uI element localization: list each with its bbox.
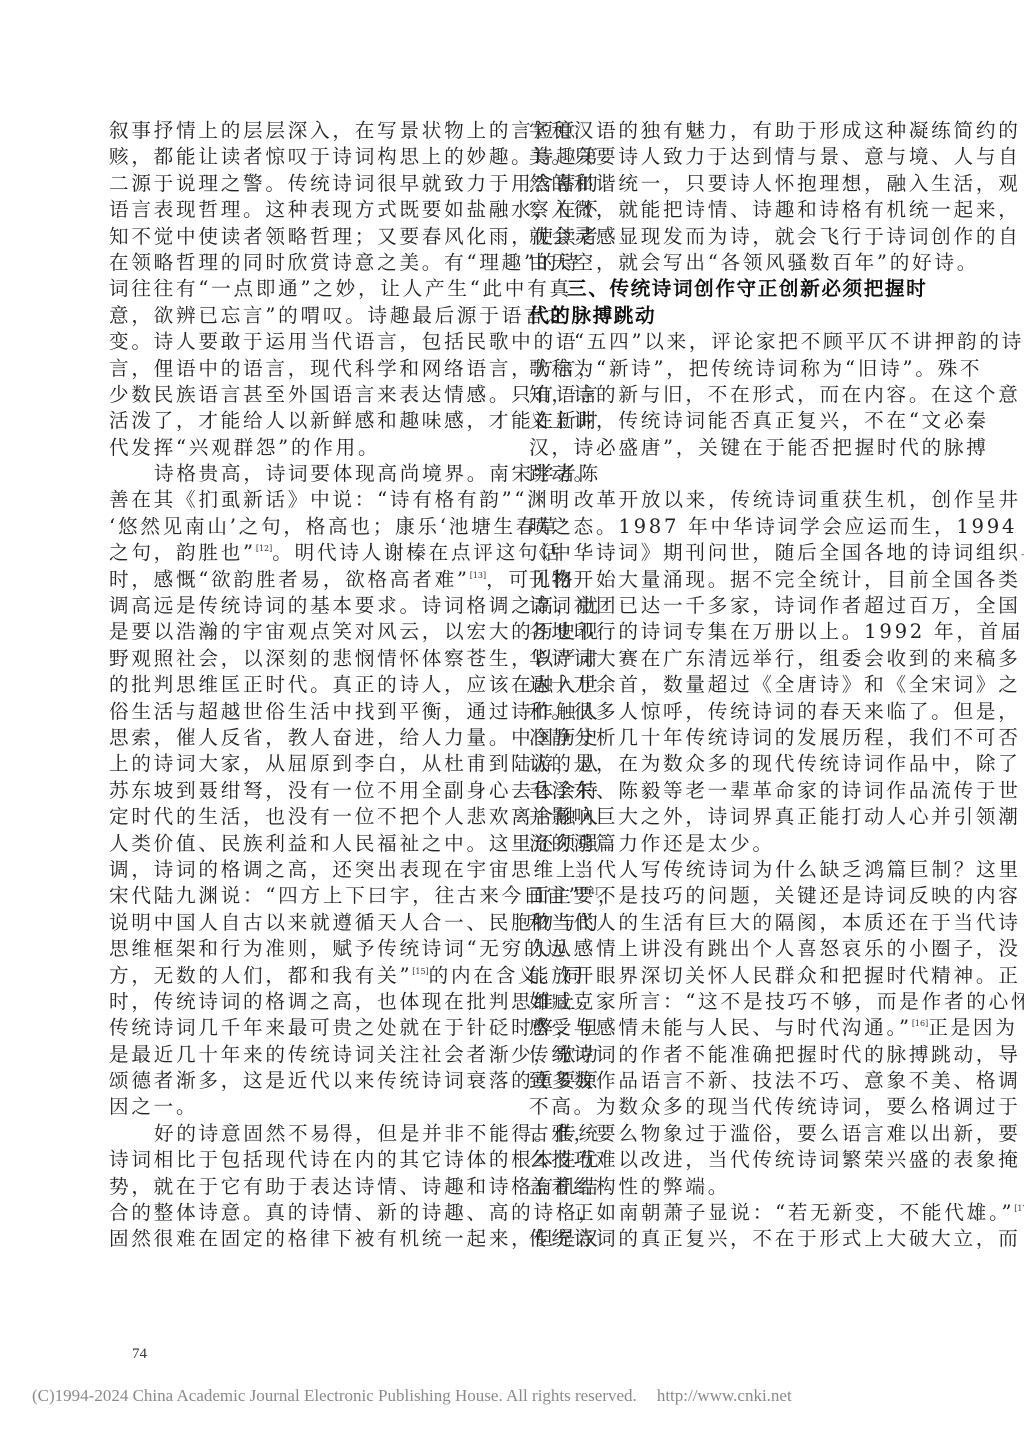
text-line: 上的诗词大家，从屈原到李白，从杜甫到陆游，从 [109,751,497,777]
paragraph-start-line: 改革开放以来，传统诗词重获生机，创作呈井 [529,487,917,513]
text-line: 是要以浩瀚的宇宙观点笑对风云，以宏大的历史视 [109,619,497,645]
text-line: 在领略哲理的同时欣赏诗意之美。有“理趣”的诗 [109,250,497,276]
paragraph-start-line: 好的诗意固然不易得，但是并非不能得。传统 [109,1121,497,1147]
text-line: 的批判思维匡正时代。真正的诗人，应该在融入世 [109,672,497,698]
text-line: 词往往有“一点即通”之妙，让人产生“此中有真 [109,276,497,302]
text-line: 传统诗词的真正复兴，不在于形式上大破大立，而 [529,1226,917,1252]
text-line: 调，诗词的格调之高，还突出表现在宇宙思维上。 [109,857,497,883]
text-line: ‘悠然见南山’之句，格高也；康乐‘池塘生春草’ [109,514,497,540]
text-line: 流的鸿篇力作还是太少。 [529,831,917,857]
citation-15[interactable]: [15] [412,967,428,976]
citation-17[interactable]: [17] [1014,1204,1024,1213]
text-line: 知不觉中使读者领略哲理；又要春风化雨，使读者 [109,224,497,250]
text-line: 字和汉语的独有魅力，有助于形成这种凝练简约的 [529,118,917,144]
text-line: 汉，诗必盛唐”，关键在于能否把握时代的脉搏 [529,435,917,461]
text-line: 不高。为数众多的现当代传统诗词，要么格调过于 [529,1094,917,1120]
text-line: 传统诗词几千年来最可贵之处就在于针砭时弊，但 [109,1015,497,1041]
text-line: 和当代人的生活有巨大的隔阂，本质还在于当代诗 [529,910,917,936]
text-line: 诗词相比于包括现代诗在内的其它诗体的根本性优 [109,1147,497,1173]
line-text: 方，无数的人们，都和我有关” [109,964,412,987]
text-line: 善在其《扪虱新话》中说：“诗有格有韵”“渊明 [109,487,497,513]
text-line: 野观照社会，以深刻的悲悯情怀体察苍生，以严肃 [109,646,497,672]
citation-13[interactable]: [13] [470,571,486,580]
text-line: 势，就在于它有助于表达诗情、诗趣和诗格有机结 [109,1174,497,1200]
section-heading: 三、传统诗词创作守正创新必须把握时 [529,276,917,302]
text-line-with-citation: 时，感慨“欲韵胜者易，欲格高者难”[13]，可见格 [109,567,497,593]
text-line: 盖着结构性的弊端。 [529,1174,917,1200]
text-line: 美。只要诗人致力于达到情与景、意与境、人与自 [529,144,917,170]
text-line: 冷静分析几十年传统诗词的发展历程，我们不可否 [529,725,917,751]
text-line: 俗生活与超越世俗生活中找到平衡，通过诗作触人 [109,699,497,725]
line-tail: 正是因为 [928,1016,1017,1039]
text-line: 和。很多人惊呼，传统诗词的春天来临了。但是， [529,699,917,725]
text-line: 二源于说理之警。传统诗词很早就致力于用含蓄的 [109,171,497,197]
text-line: 活泼了，才能给人以新鲜感和趣味感，才能在新时 [109,408,497,434]
text-line: 如臧克家所言：“这不是技巧不够，而是作者的心怀 [529,989,917,1015]
text-line: 思索，催人反省，教人奋进，给人力量。中国历史 [109,725,497,751]
text-line: 时，传统诗词的格调之高，也体现在批判思维上。 [109,989,497,1015]
text-line: 诗词社团已达一千多家，诗词作者超过百万，全国 [529,593,917,619]
line-text: 时，感慨“欲韵胜者易，欲格高者难” [109,568,470,591]
text-line: 是最近几十年来的传统诗词关注社会者渐少，歌功 [109,1042,497,1068]
text-line: 各地印行的诗词专集在万册以上。1992 年，首届中 [529,619,917,645]
text-line: 由天空，就会写出“各领风骚数百年”的好诗。 [529,250,917,276]
text-line: 合的整体诗意。真的诗情、新的诗趣、高的诗格， [109,1200,497,1226]
text-line: 能放开眼界深切关怀人民群众和把握时代精神。正 [529,963,917,989]
text-line: 传统诗词的作者不能准确把握时代的脉搏跳动，导 [529,1042,917,1068]
text-line: 赅，都能让读者惊叹于诗词构思上的妙趣。诗趣第 [109,144,497,170]
text-line: 人从感情上讲没有跳出个人喜怒哀乐的小圈子，没 [529,936,917,962]
text-line: 固然很难在固定的格律下被有机统一起来，但是汉 [109,1226,497,1252]
line-text: 之句，韵胜也” [109,541,256,564]
text-line: 语言表现哲理。这种表现方式既要如盐融水，在不 [109,197,497,223]
text-line: 刊物开始大量涌现。据不完全统计，目前全国各类 [529,567,917,593]
text-line: 跳动。 [529,461,917,487]
page-number: 74 [132,1346,147,1363]
text-line: 少数民族语言甚至外国语言来表达情感。只有语言 [109,382,497,408]
text-line: 致多数作品语言不新、技法不巧、意象不美、格调 [529,1068,917,1094]
text-line: 然的和谐统一，只要诗人怀抱理想，融入生活，观 [529,171,917,197]
text-line-with-citation: 之句，韵胜也”[12]。明代诗人谢榛在点评这句话 [109,540,497,566]
line-text: 感受与感情未能与人民、与时代沟通。” [529,1016,912,1039]
text-line: 调高远是传统诗词的基本要求。诗词格调之高，就 [109,593,497,619]
text-line: 苏东坡到聂绀弩，没有一位不用全副身心去体会特 [109,778,497,804]
paragraph-start-line: 诗格贵高，诗词要体现高尚境界。南宋学者陈 [109,461,497,487]
paragraph-start-line: “五四”以来，评论家把不顾平仄不讲押韵的诗 [529,329,917,355]
text-line: 认的是，在为数众多的现代传统诗词作品中，除了 [529,751,917,777]
text-line: 变。诗人要敢于运用当代语言，包括民歌中的语 [109,329,497,355]
text-line: 颂德者渐多，这是近代以来传统诗词衰落的重要原 [109,1068,497,1094]
text-line: 定时代的生活，也没有一位不把个人悲欢离合融入 [109,804,497,830]
text-line: 喷之态。1987 年中华诗词学会应运而生，1994 年 [529,514,917,540]
text-line: 古雅，要么物象过于滥俗，要么语言难以出新，要 [529,1121,917,1147]
text-line: 人类价值、民族利益和人民福祉之中。这里还须强 [109,831,497,857]
text-line: 并影响巨大之外，诗词界真正能打动人心并引领潮 [529,804,917,830]
text-line: 么技巧难以改进，当代传统诗词繁荣兴盛的表象掩 [529,1147,917,1173]
text-line-with-citation: 宋代陆九渊说：“四方上下曰宇，往古来今曰宙”[14]， [109,883,497,909]
citation-12[interactable]: [12] [256,544,272,553]
text-line: 歌称为“新诗”，把传统诗词称为“旧诗”。殊不 [529,356,917,382]
text-line: 察入微，就能把诗情、诗趣和诗格有机统一起来， [529,197,917,223]
line-text: 宋代陆九渊说：“四方上下曰宇，往古来今曰宙” [109,884,581,907]
text-line: 《中华诗词》期刊问世，随后全国各地的诗词组织与 [529,540,917,566]
line-text: 正如南朝萧子显说：“若无新变，不能代雄。” [574,1201,1014,1224]
text-line: 面主要不是技巧的问题，关键还是诗词反映的内容 [529,883,917,909]
right-column: 字和汉语的独有魅力，有助于形成这种凝练简约的 美。只要诗人致力于达到情与景、意与… [529,118,917,1253]
left-column: 叙事抒情上的层层深入，在写景状物上的言短意 赅，都能让读者惊叹于诗词构思上的妙趣… [109,118,497,1253]
text-line: 知，诗的新与旧，不在形式，而在内容。在这个意 [529,382,917,408]
section-heading-continued: 代的脉搏跳动 [529,303,917,329]
text-line: 华诗词大赛在广东清远举行，组委会收到的来稿多 [529,646,917,672]
cnki-link[interactable]: http://www.cnki.net [657,1386,792,1405]
text-line-with-citation: 感受与感情未能与人民、与时代沟通。”[16]正是因为 [529,1015,917,1041]
text-line: 言，俚语中的语言，现代科学和网络语言，方言， [109,356,497,382]
text-line: 说明中国人自古以来就遵循天人合一、民胞物与的 [109,910,497,936]
text-line: 就会灵感显现发而为诗，就会飞行于诗词创作的自 [529,224,917,250]
copyright-text: (C)1994-2024 China Academic Journal Elec… [32,1386,637,1405]
citation-16[interactable]: [16] [912,1019,928,1028]
text-line: 意，欲辨已忘言”的喟叹。诗趣最后源于语言之 [109,303,497,329]
text-line: 毛泽东、陈毅等老一辈革命家的诗词作品流传于世 [529,778,917,804]
text-line-with-citation: 正如南朝萧子显说：“若无新变，不能代雄。”[17] [529,1200,917,1226]
text-line: 达十万余首，数量超过《全唐诗》和《全宋词》之 [529,672,917,698]
text-line: 思维框架和行为准则，赋予传统诗词“无穷的远 [109,936,497,962]
text-line: 叙事抒情上的层层深入，在写景状物上的言短意 [109,118,497,144]
copyright-footer: (C)1994-2024 China Academic Journal Elec… [32,1386,792,1406]
text-line: 因之一。 [109,1094,497,1120]
line-tail: 。明代诗人谢榛在点评这句话 [272,541,562,564]
text-line-with-citation: 方，无数的人们，都和我有关”[15]的内在含义。同 [109,963,497,989]
text-line: 义上讲，传统诗词能否真正复兴，不在“文必秦 [529,408,917,434]
paragraph-start-line: 当代人写传统诗词为什么缺乏鸿篇巨制？这里 [529,857,917,883]
text-line: 代发挥“兴观群怨”的作用。 [109,435,497,461]
